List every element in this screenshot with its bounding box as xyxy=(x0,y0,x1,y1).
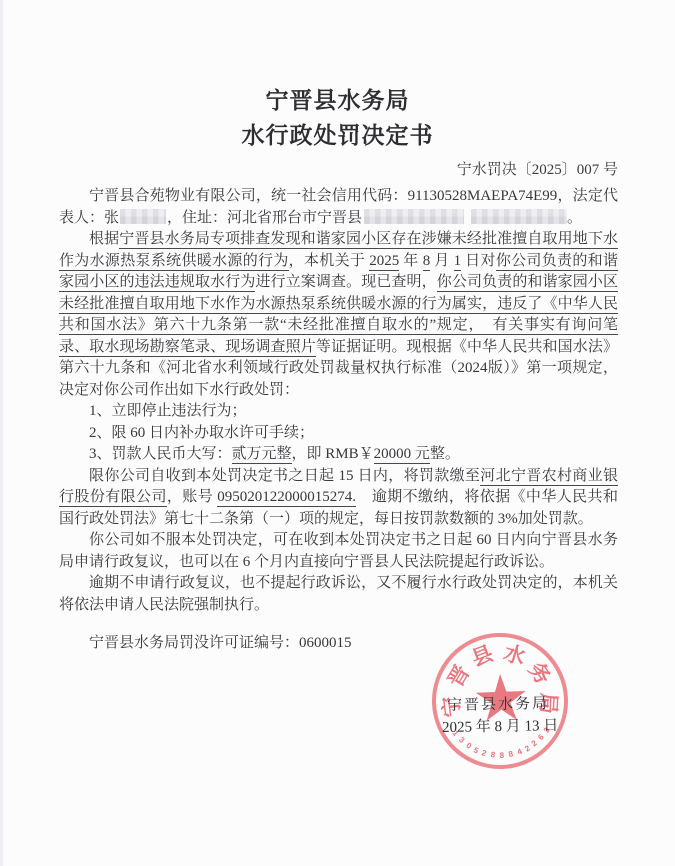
redaction-block xyxy=(471,209,567,224)
scan-page-edge xyxy=(0,0,3,866)
text-segment: 095020122000015274. xyxy=(217,489,356,507)
text-segment: 20000 元 xyxy=(374,446,430,464)
text-segment: 限你公司自收到本处罚决定书之日起 15 日内，将罚款缴至 xyxy=(89,468,480,484)
enforcement-paragraph: 逾期不申请行政复议，也不提起行政诉讼，又不履行水行政处罚决定的，本机关将依法申请… xyxy=(59,573,618,616)
text-segment: 1、立即停止违法行为； xyxy=(89,403,247,419)
redaction-block xyxy=(120,209,166,224)
text-segment: 2025 xyxy=(369,253,399,271)
seal-serial-number: 8 xyxy=(500,752,505,760)
doc-type-title: 水行政处罚决定书 xyxy=(0,121,675,151)
signature-agency: 宁晋县水务局 xyxy=(447,692,549,715)
text-segment: ，账号 xyxy=(167,489,217,505)
text-segment: 整。 xyxy=(430,446,460,462)
signature-date: 2025 年 8 月 13 日 xyxy=(442,714,559,737)
payment-paragraph: 限你公司自收到本处罚决定书之日起 15 日内，将罚款缴至河北宁晋农村商业银行股份… xyxy=(59,466,618,531)
text-segment: ，本机关于 xyxy=(289,253,370,269)
redaction-block xyxy=(364,209,464,224)
text-segment: 日对 xyxy=(461,253,496,269)
text-segment: 。 xyxy=(567,210,582,226)
doc-number: 宁水罚决〔2025〕007 号 xyxy=(0,160,618,181)
text-segment: 你公司如不服本处罚决定，可在收到本处罚决定书之日起 60 日内向宁晋县水务局申请… xyxy=(59,532,618,570)
text-segment: 月 xyxy=(430,253,453,269)
text-segment: 逾期不申请行政复议，也不提起行政诉讼，又不履行水行政处罚决定的，本机关将依法申请… xyxy=(59,575,618,613)
text-segment: 贰万元整 xyxy=(232,446,292,464)
text-segment: 进行立案调查。现已查明， xyxy=(255,274,436,290)
penalty-item-3: 3、罚款人民币大写：贰万元整，即 RMB￥20000 元整。 xyxy=(59,444,618,466)
text-segment: 根据 xyxy=(89,231,119,247)
body-paragraphs: 宁晋县合苑物业有限公司，统一社会信用代码：91130528MAEPA74E99，… xyxy=(59,186,618,655)
text-segment: ，住址：河北省邢台市宁晋县 xyxy=(167,210,362,226)
text-segment: 1 xyxy=(454,253,462,271)
text-segment: ，即 RMB￥ xyxy=(292,446,374,462)
penalty-item-1: 1、立即停止违法行为； xyxy=(59,401,618,423)
penalty-item-2: 2、限 60 日内补办取水许可手续； xyxy=(59,423,618,445)
text-segment: 3、罚款人民币大写： xyxy=(89,446,232,462)
document-header: 宁晋县水务局 水行政处罚决定书 xyxy=(0,0,675,151)
document-page: 宁晋县水务局 水行政处罚决定书 宁水罚决〔2025〕007 号 宁晋县合苑物业有… xyxy=(0,0,675,866)
doc-agency-title: 宁晋县水务局 xyxy=(0,86,675,116)
facts-paragraph: 根据宁晋县水务局专项排查发现和谐家园小区存在涉嫌未经批准擅自取用地下水作为水源热… xyxy=(59,229,618,401)
text-segment: 宁晋县水务局罚没许可证编号：0600015 xyxy=(89,635,352,651)
appeal-paragraph: 你公司如不服本处罚决定，可在收到本处罚决定书之日起 60 日内向宁晋县水务局申请… xyxy=(59,530,618,573)
text-segment: 年 xyxy=(399,253,422,269)
party-info-paragraph: 宁晋县合苑物业有限公司，统一社会信用代码：91130528MAEPA74E99，… xyxy=(59,186,618,229)
text-segment: 2、限 60 日内补办取水许可手续； xyxy=(89,425,314,441)
